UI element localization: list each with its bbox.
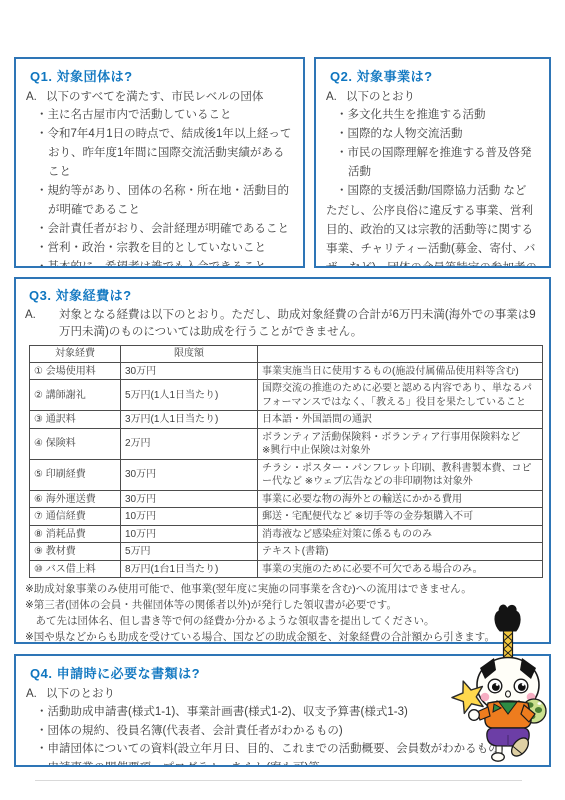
expense-name: ⑥ 海外運送費 bbox=[30, 490, 121, 508]
expense-limit: 8万円(1台1日当たり) bbox=[121, 560, 258, 578]
q3-answer: A. 対象となる経費は以下のとおり。ただし、助成対象経費の合計が6万円未満(海外… bbox=[25, 307, 542, 341]
expense-limit: 2万円 bbox=[121, 428, 258, 459]
q1-item-list: ・主に名古屋市内で活動していること ・令和7年4月1日の時点で、結成後1年以上経… bbox=[36, 106, 295, 268]
expense-description: チラシ・ポスター・パンフレット印刷、教科書製本費、コピー代など ※ウェブ広告など… bbox=[258, 459, 543, 490]
expense-name: ⑨ 教材費 bbox=[30, 543, 121, 561]
expense-limit: 5万円 bbox=[121, 543, 258, 561]
footer-divider bbox=[35, 780, 522, 781]
expense-name: ④ 保険料 bbox=[30, 428, 121, 459]
expense-limit: 3万円(1人1日当たり) bbox=[121, 411, 258, 429]
list-item: ・基本的に、希望者は誰でも入会できること bbox=[36, 258, 295, 268]
column-header-expense: 対象経費 bbox=[30, 346, 121, 363]
q2-exclusion-note: ただし、公序良俗に違反する事業、営利目的、政治的又は宗教的活動等に関する事業、チ… bbox=[326, 202, 541, 268]
table-header-row: 対象経費 限度額 bbox=[30, 346, 543, 363]
q1-title: Q1. 対象団体は? bbox=[30, 66, 295, 85]
answer-text: 対象となる経費は以下のとおり。ただし、助成対象経費の合計が6万円未満(海外での事… bbox=[59, 307, 542, 341]
list-item: ・主に名古屋市内で活動していること bbox=[36, 106, 295, 125]
table-row: ③ 通訳料3万円(1人1日当たり)日本語・外国語間の通訳 bbox=[30, 411, 543, 429]
expense-limit: 30万円 bbox=[121, 490, 258, 508]
expense-description: 事業に必要な物の海外との輸送にかかる費用 bbox=[258, 490, 543, 508]
expense-description: テキスト(書籍) bbox=[258, 543, 543, 561]
expense-description: 事業実施当日に使用するもの(施設付属備品使用料等含む) bbox=[258, 362, 543, 380]
expense-limit: 30万円 bbox=[121, 459, 258, 490]
table-row: ⑥ 海外運送費30万円事業に必要な物の海外との輸送にかかる費用 bbox=[30, 490, 543, 508]
expense-name: ③ 通訳料 bbox=[30, 411, 121, 429]
expense-limit: 30万円 bbox=[121, 362, 258, 380]
expense-description: ボランティア活動保険料・ボランティア行事用保険料など ※興行中止保険は対象外 bbox=[258, 428, 543, 459]
list-item: ・規約等があり、団体の名称・所在地・活動目的が明確であること bbox=[36, 182, 295, 220]
table-row: ① 会場使用料30万円事業実施当日に使用するもの(施設付属備品使用料等含む) bbox=[30, 362, 543, 380]
list-item: ・国際的な人物交流活動 bbox=[336, 125, 541, 144]
expense-description: 事業の実施のために必要不可欠である場合のみ。 bbox=[258, 560, 543, 578]
table-row: ⑨ 教材費5万円テキスト(書籍) bbox=[30, 543, 543, 561]
table-row: ⑦ 通信経費10万円郵送・宅配便代など ※切手等の金券類購入不可 bbox=[30, 508, 543, 526]
expense-name: ⑩ バス借上料 bbox=[30, 560, 121, 578]
answer-label: A. bbox=[26, 88, 46, 106]
answer-label: A. bbox=[26, 685, 46, 703]
q1-answer: A. 以下のすべてを満たす、市民レベルの団体 bbox=[26, 88, 295, 106]
expense-limit-table: 対象経費 限度額 ① 会場使用料30万円事業実施当日に使用するもの(施設付属備品… bbox=[29, 345, 543, 578]
expense-description: 国際交流の推進のために必要と認める内容であり、単なるパフォーマンスではなく、「教… bbox=[258, 380, 543, 411]
expense-description: 郵送・宅配便代など ※切手等の金券類購入不可 bbox=[258, 508, 543, 526]
q2-answer: A. 以下のとおり bbox=[326, 88, 541, 106]
q3-eligible-expenses-section: Q3. 対象経費は? A. 対象となる経費は以下のとおり。ただし、助成対象経費の… bbox=[14, 277, 551, 644]
answer-label: A. bbox=[25, 307, 59, 341]
q3-title: Q3. 対象経費は? bbox=[29, 285, 542, 304]
expense-limit: 10万円 bbox=[121, 525, 258, 543]
list-item: ・令和7年4月1日の時点で、結成後1年以上経っており、昨年度1年間に国際交流活動… bbox=[36, 125, 295, 182]
table-row: ④ 保険料2万円ボランティア活動保険料・ボランティア行事用保険料など ※興行中止… bbox=[30, 428, 543, 459]
expense-name: ⑦ 通信経費 bbox=[30, 508, 121, 526]
list-item: ・多文化共生を推進する活動 bbox=[336, 106, 541, 125]
expense-name: ⑧ 消耗品費 bbox=[30, 525, 121, 543]
table-row: ② 講師謝礼5万円(1人1日当たり)国際交流の推進のために必要と認める内容であり… bbox=[30, 380, 543, 411]
expense-description: 日本語・外国語間の通訳 bbox=[258, 411, 543, 429]
q2-item-list: ・多文化共生を推進する活動 ・国際的な人物交流活動 ・市民の国際理解を推進する普… bbox=[336, 106, 541, 201]
star-icon bbox=[450, 678, 488, 716]
expense-name: ⑤ 印刷経費 bbox=[30, 459, 121, 490]
expense-name: ① 会場使用料 bbox=[30, 362, 121, 380]
q2-title: Q2. 対象事業は? bbox=[330, 66, 541, 85]
expense-name: ② 講師謝礼 bbox=[30, 380, 121, 411]
table-row: ⑩ バス借上料8万円(1台1日当たり)事業の実施のために必要不可欠である場合のみ… bbox=[30, 560, 543, 578]
note-line: ※助成対象事業のみ使用可能で、他事業(翌年度に実施の同事業を含む)への流用はでき… bbox=[25, 581, 542, 597]
list-item: ・会計責任者がおり、会計経理が明確であること bbox=[36, 220, 295, 239]
column-header-description bbox=[258, 346, 543, 363]
column-header-limit: 限度額 bbox=[121, 346, 258, 363]
expense-limit: 5万円(1人1日当たり) bbox=[121, 380, 258, 411]
table-row: ⑧ 消耗品費10万円消毒液など感染症対策に係るもののみ bbox=[30, 525, 543, 543]
answer-text: 以下のすべてを満たす、市民レベルの団体 bbox=[46, 88, 295, 106]
table-row: ⑤ 印刷経費30万円チラシ・ポスター・パンフレット印刷、教科書製本費、コピー代な… bbox=[30, 459, 543, 490]
list-item: ・営利・政治・宗教を目的としていないこと bbox=[36, 239, 295, 258]
expense-limit: 10万円 bbox=[121, 508, 258, 526]
list-item: ・国際的支援活動/国際協力活動 など bbox=[336, 182, 541, 201]
expense-description: 消毒液など感染症対策に係るもののみ bbox=[258, 525, 543, 543]
list-item: ・市民の国際理解を推進する普及啓発活動 bbox=[336, 144, 541, 182]
q2-target-activities-section: Q2. 対象事業は? A. 以下のとおり ・多文化共生を推進する活動 ・国際的な… bbox=[314, 57, 551, 268]
q1-target-groups-section: Q1. 対象団体は? A. 以下のすべてを満たす、市民レベルの団体 ・主に名古屋… bbox=[14, 57, 305, 268]
answer-text: 以下のとおり bbox=[346, 88, 541, 106]
answer-label: A. bbox=[326, 88, 346, 106]
